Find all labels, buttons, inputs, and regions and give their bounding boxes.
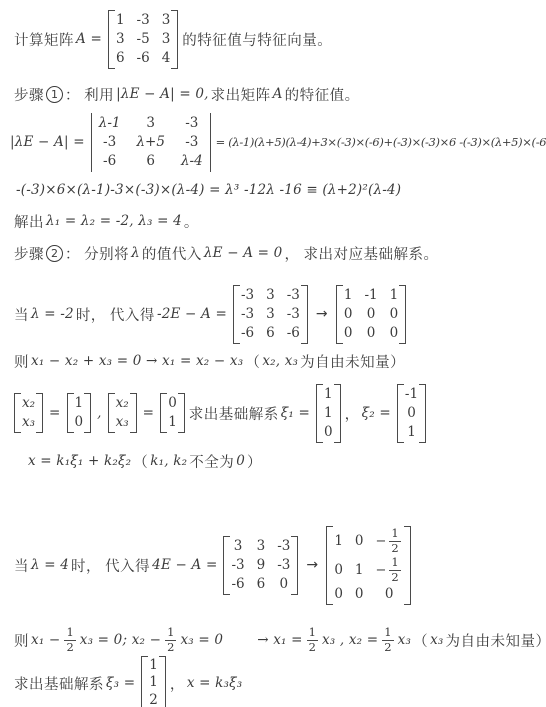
matrix-grid: λ-13-3-3λ+5-3-66λ-4 [99,115,203,170]
matrix-4E-A-rref: 10−1201−12000 [326,525,410,606]
matrix-cell: 9 [257,557,266,574]
matrix-cell: 0 [334,586,343,603]
fraction: 12 [382,627,393,654]
matrix-cell: 0 [355,533,364,550]
matrix-cell: λ-4 [181,153,203,170]
half-fraction: 12 [380,627,395,654]
basis1-comma: , [97,405,102,421]
matrix-cell: -5 [137,31,150,48]
step1-equation: |λE − A| = 0, [116,86,209,102]
basis1-comma-cjk: ， [345,403,360,424]
matrix-cell: 0 [344,325,353,342]
gen1-note: 不全为 [189,451,234,472]
step2-label: 步骤 [14,243,44,264]
matrix-cell: 4 [162,50,171,67]
matrix-cell: -6 [103,153,116,170]
matrix-grid: 01 [168,395,177,431]
case1-text-a: 当 [14,304,29,325]
step2-lambda: λ [131,245,140,261]
vector-xi2: -101 [397,383,426,444]
matrix-grid: 112 [149,658,158,707]
matrix-cell: 0 [367,306,376,323]
matrix-A: 1-333-536-64 [108,9,178,70]
matrix-cell: -6 [241,325,254,342]
problem-suffix: 的特征值与特征向量。 [182,29,332,50]
vector-xi3: 112 [141,655,166,707]
xi1-label: ξ₁ = [281,405,310,421]
equation-case1: 则 x₁ − x₂ + x₃ = 0 → x₁ = x₂ − x₃ （ x₂, … [14,350,405,372]
matrix-cell: λ-1 [99,115,121,132]
matrix-cell: -3 [287,306,300,323]
matrix-A-label: A = [76,31,102,47]
matrix-cell: 1 [324,386,333,403]
vector-e10: 10 [67,392,92,434]
matrix-cell: 0 [344,306,353,323]
step2-text-b: 的值代入 [142,243,202,264]
matrix-cell: 1 [168,414,177,431]
vector-xi1: 110 [316,383,341,444]
step1-var-A: A [273,86,283,102]
half-fraction: 12 [163,627,178,654]
basis1-eq-a: = [49,405,61,421]
eq1-relation: x₁ − x₂ + x₃ = 0 → x₁ = x₂ − x₃ [31,353,243,369]
circled-two-icon: 2 [46,245,63,262]
step1-text-b: 求出矩阵 [211,84,271,105]
case2-matrix-label: 4E − A = [152,557,217,573]
matrix-cell: 3 [162,12,171,29]
matrix-cell: 0 [367,325,376,342]
fraction: 12 [389,528,400,555]
matrix-cell: 1 [390,287,399,304]
matrix-cell: -3 [185,115,198,132]
matrix-cell: 0 [407,405,416,422]
matrix-cell: −12 [376,557,403,584]
matrix-cell: 1 [75,395,84,412]
matrix-cell: 0 [385,586,394,603]
equation-case2: 则 x₁ − 12 x₃ = 0; x₂ − 12 x₃ = 0 → x₁ = … [14,622,546,658]
eq2-part-a: x₁ − [31,632,60,648]
step1-text-a: ： 利用 [65,84,114,105]
matrix-cell: 6 [116,50,125,67]
matrix-cell: -6 [287,325,300,342]
xi2-label: ξ₂ = [362,405,391,421]
eq1-then: 则 [14,351,29,372]
step2-equation: λE − A = 0 [204,245,283,261]
matrix-cell: x₂ [22,395,35,412]
matrix-cell: 1 [149,658,158,674]
eq2-part-f: x₃ [398,632,411,648]
matrix-cell: 1 [407,424,416,441]
matrix-grid: 1-333-536-64 [116,12,170,67]
matrix-grid: -33-3-33-3-66-6 [241,287,300,342]
case-lambda-4: 当 λ = 4 时， 代入得 4E − A = 33-3-39-3-660 → … [14,512,415,618]
eigenvalues-line: 解出 λ₁ = λ₂ = -2, λ₃ = 4 。 [14,210,199,232]
basis1-eq-b: = [143,405,155,421]
matrix-cell: 3 [257,538,266,555]
step2-heading: 步骤 2 ： 分别将 λ 的值代入 λE − A = 0 ， 求出对应基础解系。 [14,243,439,263]
eq2-part-e: x₃ , x₂ = [322,632,378,648]
matrix-cell: x₃ [22,414,35,431]
matrix-cell: 0 [390,325,399,342]
fraction: 12 [64,627,75,654]
case2-lambda-value: λ = 4 [31,557,69,573]
matrix-cell: 1 [116,12,125,29]
case1-text-b: 时， 代入得 [76,304,155,325]
eq2-then: 则 [14,630,29,651]
eq2-paren-open: （ [413,630,428,651]
matrix-cell: 3 [234,538,243,555]
matrix-cell: 3 [146,115,155,132]
matrix-cell: x₂ [116,395,129,412]
vector-x2x3-a: x₂x₃ [14,392,43,434]
matrix-neg2E-A: -33-3-33-3-66-6 [233,284,308,345]
half-fraction: 12 [62,627,77,654]
matrix-cell: 1 [324,405,333,422]
matrix-cell: 0 [324,424,333,441]
basis1-text: 求出基础解系 [189,403,279,424]
circled-one-icon: 1 [46,86,63,103]
case1-lambda-value: λ = -2 [31,306,74,322]
matrix-grid: 33-3-39-3-660 [231,538,290,593]
matrix-cell: -3 [241,287,254,304]
matrix-cell: 3 [266,306,275,323]
case2-text-b: 时， 代入得 [71,555,150,576]
matrix-grid: 110 [324,386,333,441]
gen1-expression: x = k₁ξ₁ + k₂ξ₂ [28,453,131,469]
eq1-paren-open: （ [245,351,260,372]
roots-values: λ₁ = λ₂ = -2, λ₃ = 4 [46,213,182,229]
matrix-cell: -1 [364,287,377,304]
matrix-4E-A: 33-3-39-3-660 [223,535,298,596]
gen2-expression: x = k₃ξ₃ [187,675,243,691]
roots-prefix: 解出 [14,211,44,232]
matrix-cell: 1 [355,562,364,579]
fraction: 12 [165,627,176,654]
minus-sign: − [376,533,387,550]
case2-text-a: 当 [14,555,29,576]
matrix-cell: 1 [334,533,343,550]
matrix-cell: 3 [162,31,171,48]
gen1-paren-close: ） [247,451,262,472]
matrix-cell: 0 [168,395,177,412]
case1-matrix-label: -2E − A = [157,306,227,322]
eq2-free-note: 为自由未知量） [446,630,546,651]
determinant-line: |λE − A| = λ-13-3-3λ+5-3-66λ-4 = (λ-1)(λ… [8,111,546,173]
eq2-free-var: x₃ [430,632,443,648]
problem-prefix: 计算矩阵 [14,29,74,50]
matrix-cell: 2 [149,693,158,707]
matrix-cell: 3 [266,287,275,304]
step2-text-c: ， 求出对应基础解系。 [284,243,438,264]
matrix-cell: -3 [185,134,198,151]
matrix-grid: 10 [75,395,84,431]
matrix-cell: -3 [241,306,254,323]
determinant-expansion-a: = (λ-1)(λ+5)(λ-4)+3×(-3)×(-6)+(-3)×(-3)×… [216,135,546,149]
problem-statement: 计算矩阵 A = 1-333-536-64 的特征值与特征向量。 [14,8,332,70]
roots-period: 。 [184,211,199,232]
eq1-free-note: 为自由未知量） [300,351,405,372]
gen1-ks: k₁, k₂ [150,453,187,469]
matrix-cell: -6 [231,576,244,593]
eq2-part-c: x₃ = 0 [180,632,223,648]
matrix-grid: -101 [405,386,418,441]
matrix-neg2E-A-rref: 1-11000000 [336,284,406,345]
matrix-cell: 6 [266,325,275,342]
determinant-matrix: λ-13-3-3λ+5-3-66λ-4 [91,112,211,173]
matrix-grid: 10−1201−12000 [334,528,402,603]
matrix-cell: 6 [146,153,155,170]
matrix-grid: x₂x₃ [116,395,129,431]
determinant-expansion-b: -(-3)×6×(λ-1)-3×(-3)×(λ-4) = λ³ -12λ -16… [16,182,401,198]
determinant-lhs: |λE − A| = [10,134,85,150]
basis-case1: x₂x₃ = 10 , x₂x₃ = 01 求出基础解系 ξ₁ = 110 ， … [10,382,430,444]
matrix-cell: x₃ [116,414,129,431]
matrix-cell: 0 [334,562,343,579]
matrix-grid: 1-11000000 [344,287,398,342]
gen1-zero: 0 [236,453,245,469]
xi3-label: ξ₃ = [106,675,135,691]
fraction: 12 [307,627,318,654]
solution-document: 计算矩阵 A = 1-333-536-64 的特征值与特征向量。 步骤 1 ： … [0,0,546,707]
vector-x2x3-b: x₂x₃ [108,392,137,434]
matrix-cell: 1 [344,287,353,304]
gen1-paren-open: （ [133,451,148,472]
eq1-free-vars: x₂, x₃ [262,353,298,369]
matrix-cell: -3 [277,538,290,555]
matrix-cell: -3 [103,134,116,151]
matrix-cell: -1 [405,386,418,403]
matrix-cell: -3 [277,557,290,574]
matrix-cell: -6 [137,50,150,67]
matrix-cell: 0 [280,576,289,593]
matrix-cell: 0 [355,586,364,603]
matrix-cell: 0 [390,306,399,323]
step2-text-a: ： 分别将 [65,243,129,264]
matrix-cell: 0 [75,414,84,431]
arrow-right-icon: → [306,557,318,573]
step1-heading: 步骤 1 ： 利用 |λE − A| = 0, 求出矩阵 A 的特征值。 [14,84,360,104]
step1-label: 步骤 [14,84,44,105]
basis2-comma: ， [170,673,185,694]
matrix-cell: -3 [287,287,300,304]
matrix-cell: -3 [231,557,244,574]
matrix-grid: x₂x₃ [22,395,35,431]
eq2-part-d: → x₁ = [257,632,302,648]
step1-text-c: 的特征值。 [285,84,360,105]
half-fraction: 12 [305,627,320,654]
arrow-right-icon: → [316,306,328,322]
fraction: 12 [389,557,400,584]
matrix-cell: -3 [137,12,150,29]
eq2-part-b: x₃ = 0; x₂ − [80,632,161,648]
matrix-cell: 3 [116,31,125,48]
minus-sign: − [376,562,387,579]
basis2-text: 求出基础解系 [14,673,104,694]
basis-case2: 求出基础解系 ξ₃ = 112 ， x = k₃ξ₃ [14,658,244,707]
matrix-cell: −12 [376,528,403,555]
general-solution-case1: x = k₁ξ₁ + k₂ξ₂ （ k₁, k₂ 不全为 0 ） [26,450,262,472]
case-lambda-neg2: 当 λ = -2 时， 代入得 -2E − A = -33-3-33-3-66-… [14,282,410,346]
matrix-cell: 1 [149,675,158,691]
expansion-line: -(-3)×6×(λ-1)-3×(-3)×(λ-4) = λ³ -12λ -16… [14,179,403,201]
vector-e01: 01 [160,392,185,434]
matrix-cell: λ+5 [136,134,164,151]
matrix-cell: 6 [257,576,266,593]
